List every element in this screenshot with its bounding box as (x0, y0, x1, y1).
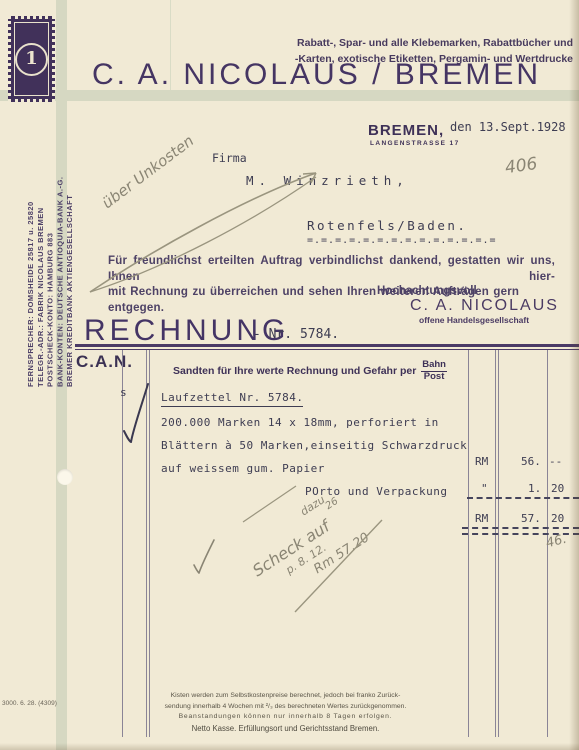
closing-phrase: Hochachtungsvoll (377, 285, 477, 297)
table-rule-4-double (495, 350, 499, 737)
dateline-city: BREMEN, (368, 122, 444, 139)
shipping-mode-fraction: Bahn Post (421, 360, 447, 383)
stamp-circle: 1 (15, 43, 48, 76)
tagline-line1: Rabatt-, Spar- und alle Klebemarken, Rab… (295, 36, 573, 52)
paper-edge-shadow-right (569, 0, 579, 750)
fineprint-line4: Netto Kasse. Erfüllungsort und Gerichtss… (148, 723, 423, 735)
sidebar-contact-block: FERNSPRECHER: DOMSHEIDE 25817 u. 25820 T… (26, 110, 75, 387)
item-line1: 200.000 Marken 14 x 18mm, perforiert in (161, 416, 439, 429)
sidebar-line-telegram: TELEGR.-ADR.: FABRIK NICOLAUS BREMEN (36, 110, 46, 387)
table-rule-3 (468, 350, 469, 737)
head-rule-thick (75, 344, 579, 347)
sidebar-line-phone: FERNSPRECHER: DOMSHEIDE 25817 u. 25820 (26, 110, 36, 387)
recipient-underline: =.=.=.=.=.=.=.=.=.=.=.=.=.= (307, 235, 497, 246)
company-initials: C.A.N. (76, 352, 133, 372)
paper-edge-shadow-bottom (0, 743, 579, 750)
quantity-mark: s (120, 386, 127, 399)
shipping-header: Sandten für Ihre werte Rechnung und Gefa… (155, 360, 465, 383)
currency-total: RM (475, 512, 488, 525)
shipping-text: Sandten für Ihre werte Rechnung und Gefa… (173, 365, 416, 377)
sidebar-line-bank1: BANK-KONTEN: DEUTSCHE ANTIOQUIA-BANK A.-… (55, 110, 65, 387)
item-line3: auf weissem gum. Papier (161, 462, 325, 475)
sidebar-line-postscheck: POSTSCHECK-KONTO: HAMBURG 883 (46, 110, 56, 387)
item-line2: Blättern à 50 Marken,einseitig Schwarzdr… (161, 439, 467, 452)
amount-total-mark: 57. (521, 512, 541, 525)
punch-hole (57, 469, 73, 485)
dateline-date: den 13.Sept.1928 (450, 120, 566, 134)
table-rule-1 (122, 350, 123, 737)
sidebar-line-bank2: BREMER KREDITBANK AKTIENGESELLSCHAFT (65, 110, 75, 387)
signature-firm: C. A. NICOLAUS (410, 297, 559, 315)
fineprint-line2: sendung innerhalb 4 Wochen mit ²/₃ des b… (148, 702, 423, 713)
invoice-page: 1 FERNSPRECHER: DOMSHEIDE 25817 u. 25820… (0, 0, 579, 750)
body-line1: Für freundlichst erteilten Auftrag verbi… (108, 254, 555, 285)
recipient-salutation: Firma (212, 151, 247, 165)
pencil-number-note: 406 (504, 154, 539, 178)
pencil-note-unkosten: über Unkosten (99, 132, 198, 213)
conditions-fineprint: Kisten werden zum Selbstkostenpreise ber… (148, 691, 423, 735)
currency-2: " (481, 482, 488, 495)
invoice-number: - Nr. 5784. (253, 327, 339, 342)
shipping-mode-post: Post (421, 372, 447, 383)
rabatt-stamp-icon: 1 (8, 16, 55, 102)
table-rule-2-double (146, 350, 150, 737)
fineprint-line1: Kisten werden zum Selbstkostenpreise ber… (148, 691, 423, 702)
ink-checkmark (124, 384, 148, 442)
amount-1-pfennig: -- (549, 455, 562, 468)
amount-1-mark: 56. (521, 455, 541, 468)
item-title: Laufzettel Nr. 5784. (161, 391, 303, 407)
fineprint-line3: Beanstandungen können nur innerhalb 8 Ta… (148, 712, 423, 723)
amount-total-pfennig: 20 (551, 512, 564, 525)
pencil-total-mark: 46. (544, 532, 568, 552)
recipient-name: M. Winzrieth, (246, 173, 409, 188)
recipient-place: Rotenfels/Baden. (307, 218, 467, 233)
company-title: C. A. NICOLAUS / BREMEN (92, 58, 541, 92)
signature-firm-subtitle: offene Handelsgesellschaft (419, 315, 529, 325)
dateline-street: LANGENSTRASSE 17 (370, 140, 460, 147)
amount-2-pfennig: 20 (551, 482, 564, 495)
currency-1: RM (475, 455, 488, 468)
amount-2-mark: 1. (528, 482, 541, 495)
pencil-payment-note: dazu 26 Scheck auf p. 8. 12. Rm 57.20 (233, 457, 414, 608)
stamp-inner-frame: 1 (14, 22, 49, 96)
subtotal-dashed-rule (467, 497, 579, 499)
print-code: 3000. 6. 28. (4309) (2, 700, 57, 707)
pencil-checkmark (194, 540, 214, 573)
stamp-value: 1 (25, 50, 38, 68)
head-rule-thin (75, 349, 579, 350)
